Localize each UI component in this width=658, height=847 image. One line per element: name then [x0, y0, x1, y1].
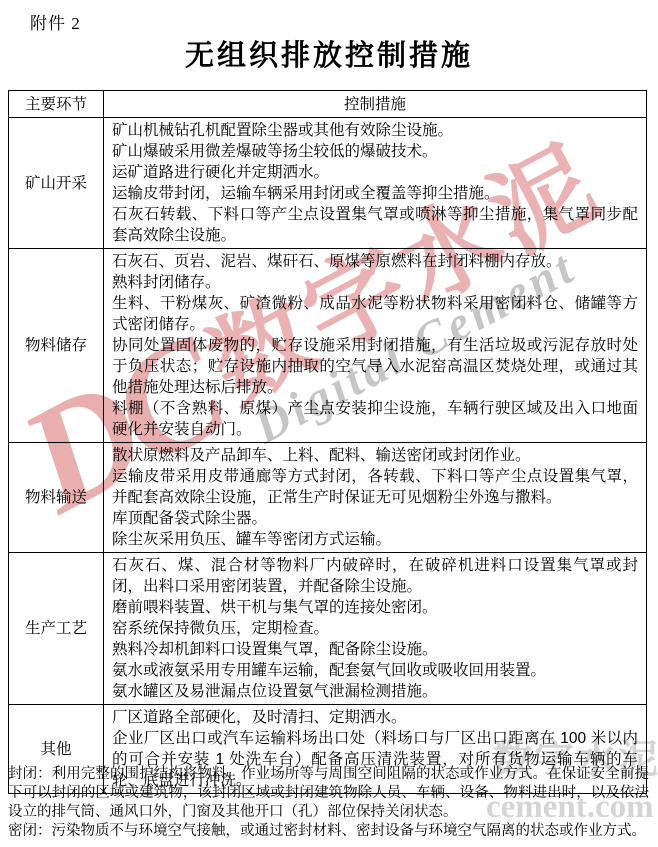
measure-line: 运输皮带采用皮带通廊等方式封闭，各转载、下料口等产尘点设置集气罩，并配套高效除尘… — [112, 466, 638, 508]
document-page: 附件 2 无组织排放控制措施 主要环节 控制措施 矿山开采 矿山机械钻孔机配置除… — [0, 0, 658, 847]
measure-line: 氨水罐区及易泄漏点位设置氨气泄漏检测措施。 — [112, 681, 638, 702]
table-header-measures: 控制措施 — [104, 91, 647, 118]
page-title: 无组织排放控制措施 — [0, 33, 658, 74]
attachment-label: 附件 2 — [30, 9, 81, 34]
measure-line: 石灰石、煤、混合材等物料厂内破碎时，在破碎机进料口设置集气罩或封闭，出料口采用密… — [112, 555, 638, 597]
measure-line: 厂区道路全部硬化，及时清扫、定期洒水。 — [112, 707, 638, 728]
measure-line: 矿山爆破采用微差爆破等扬尘较低的爆破技术。 — [112, 141, 638, 162]
footnotes: 封闭：利用完整的围护结构将物料、作业场所等与周围空间阻隔的状态或作业方式。在保证… — [8, 765, 649, 841]
table-header-row: 主要环节 控制措施 — [9, 91, 647, 118]
stage-label: 物料储存 — [9, 249, 104, 443]
measures-list: 矿山机械钻孔机配置除尘器或其他有效除尘设施。矿山爆破采用微差爆破等扬尘较低的爆破… — [104, 118, 647, 249]
table-header-stage: 主要环节 — [9, 91, 104, 118]
measures-table: 主要环节 控制措施 矿山开采 矿山机械钻孔机配置除尘器或其他有效除尘设施。矿山爆… — [8, 90, 647, 794]
stage-label: 物料输送 — [9, 443, 104, 553]
table-row: 物料储存 石灰石、页岩、泥岩、煤矸石、原煤等原燃料在封闭料棚内存放。熟料封闭储存… — [9, 249, 647, 443]
measure-line: 运输皮带封闭，运输车辆采用封闭或全覆盖等抑尘措施。 — [112, 183, 638, 204]
measure-line: 矿山机械钻孔机配置除尘器或其他有效除尘设施。 — [112, 120, 638, 141]
measures-list: 石灰石、页岩、泥岩、煤矸石、原煤等原燃料在封闭料棚内存放。熟料封闭储存。生料、干… — [104, 249, 647, 443]
table-row: 物料输送 散状原燃料及产品卸车、上料、配料、输送密闭或封闭作业。运输皮带采用皮带… — [9, 443, 647, 553]
table-row: 矿山开采 矿山机械钻孔机配置除尘器或其他有效除尘设施。矿山爆破采用微差爆破等扬尘… — [9, 118, 647, 249]
measure-line: 熟料冷却机卸料口设置集气罩，配备除尘设施。 — [112, 639, 638, 660]
measure-line: 协同处置固体废物的，贮存设施采用封闭措施，有生活垃圾或污泥存放时处于负压状态；贮… — [112, 335, 638, 398]
measure-line: 石灰石转载、下料口等产尘点设置集气罩或喷淋等抑尘措施，集气罩同步配套高效除尘设施… — [112, 204, 638, 246]
measures-list: 石灰石、煤、混合材等物料厂内破碎时，在破碎机进料口设置集气罩或封闭，出料口采用密… — [104, 553, 647, 705]
note-mibi-definition: 密闭：污染物质不与环境空气接触，或通过密封材料、密封设备与环境空气隔离的状态或作… — [8, 822, 649, 841]
measure-line: 散状原燃料及产品卸车、上料、配料、输送密闭或封闭作业。 — [112, 445, 638, 466]
measure-line: 料棚（不含熟料、原煤）产尘点安装抑尘设施，车辆行驶区域及出入口地面硬化并安装自动… — [112, 398, 638, 440]
table-row: 生产工艺 石灰石、煤、混合材等物料厂内破碎时，在破碎机进料口设置集气罩或封闭，出… — [9, 553, 647, 705]
measure-line: 除尘灰采用负压、罐车等密闭方式运输。 — [112, 529, 638, 550]
measure-line: 氨水或液氨采用专用罐车运输，配套氨气回收或吸收回用装置。 — [112, 660, 638, 681]
stage-label: 生产工艺 — [9, 553, 104, 705]
measure-line: 窑系统保持微负压，定期检查。 — [112, 618, 638, 639]
measure-line: 熟料封闭储存。 — [112, 272, 638, 293]
measure-line: 运矿道路进行硬化并定期洒水。 — [112, 162, 638, 183]
stage-label: 矿山开采 — [9, 118, 104, 249]
measure-line: 石灰石、页岩、泥岩、煤矸石、原煤等原燃料在封闭料棚内存放。 — [112, 251, 638, 272]
measure-line: 库顶配备袋式除尘器。 — [112, 508, 638, 529]
measure-line: 生料、干粉煤灰、矿渣微粉、成品水泥等粉状物料采用密闭料仓、储罐等方式密闭储存。 — [112, 293, 638, 335]
note-fengbi-definition: 封闭：利用完整的围护结构将物料、作业场所等与周围空间阻隔的状态或作业方式。在保证… — [8, 765, 649, 822]
measure-line: 磨前喂料装置、烘干机与集气罩的连接处密闭。 — [112, 597, 638, 618]
measures-list: 散状原燃料及产品卸车、上料、配料、输送密闭或封闭作业。运输皮带采用皮带通廊等方式… — [104, 443, 647, 553]
